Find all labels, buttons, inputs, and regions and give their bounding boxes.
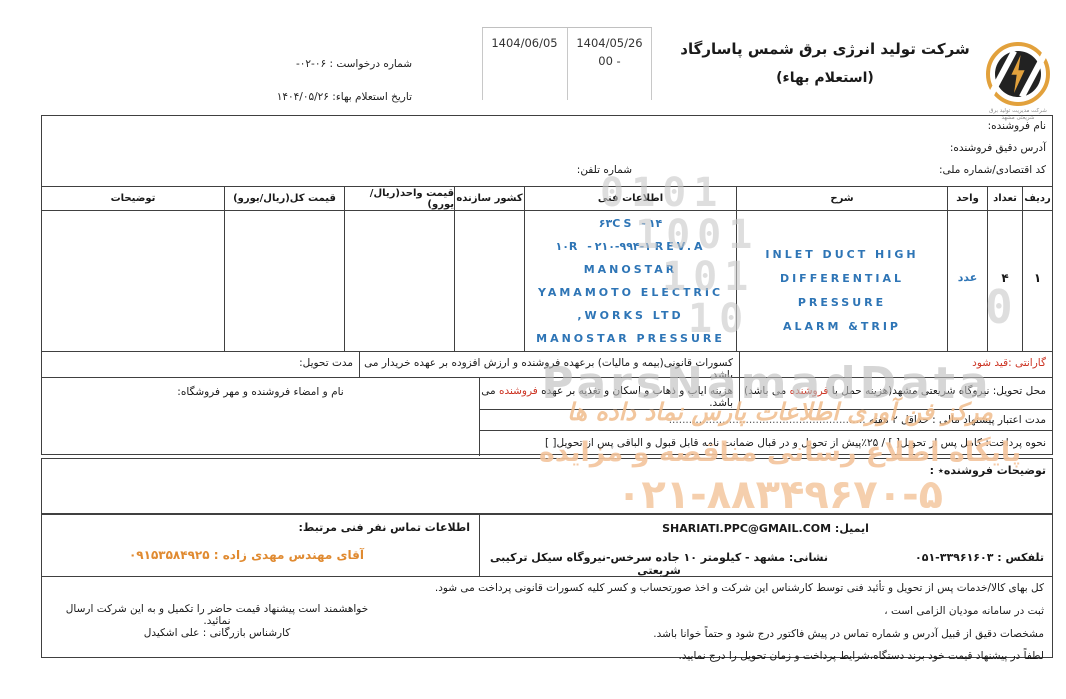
item-unit: عدد xyxy=(947,211,987,351)
col-header-notes: توضیحات xyxy=(42,187,224,210)
footer-note-moadian: ثبت در سامانه مودیان الزامی است ، xyxy=(884,605,1044,617)
seller-ecocode-label: کد اقتصادی/شماره ملی: xyxy=(939,164,1046,176)
main-table: نام فروشنده: آدرس دقیق فروشنده: کد اقتصا… xyxy=(41,115,1053,455)
col-header-unit: واحد xyxy=(947,187,987,210)
company-title: شرکت تولید انرژی برق شمس پاسارگاد xyxy=(665,40,985,58)
col-header-qty: تعداد xyxy=(987,187,1022,210)
company-logo xyxy=(986,42,1050,106)
item-row: ۱ ۴ عدد INLET DUCT HIGH DIFFERENTIAL PRE… xyxy=(42,210,1052,351)
email-value: SHARIATI.PPC@GMAIL.COM xyxy=(662,522,831,535)
item-description: INLET DUCT HIGH DIFFERENTIAL PRESSURE AL… xyxy=(736,211,947,351)
date-primary: 1404/05/26 xyxy=(567,36,652,50)
terms-row-payment: نحوه پرداخت: کامل پس از تحویل[ ] / ۲۵٪پی… xyxy=(479,430,1052,456)
item-notes xyxy=(42,211,224,351)
seller-signature-cell: نام و امضاء فروشنده و مهر فروشگاه: xyxy=(42,378,479,456)
company-subtitle: (استعلام بهاء) xyxy=(665,70,985,86)
seller-notes-label: توضیحات فروشنده٭ : xyxy=(930,464,1046,477)
item-total-price xyxy=(224,211,344,351)
date-primary-sub: 00 - xyxy=(567,54,652,68)
col-header-total-price: قیمت کل(ریال/یورو) xyxy=(224,187,344,210)
col-header-desc: شرح xyxy=(736,187,947,210)
table-header-row: ردیف تعداد واحد شرح اطلاعات فنی کشور ساز… xyxy=(42,186,1052,210)
item-country xyxy=(454,211,524,351)
col-header-country: کشور سازنده xyxy=(454,187,524,210)
tech-contact-value: آقای مهندس مهدی زاده : ۰۹۱۵۳۵۸۴۹۲۵ xyxy=(129,548,364,562)
contact-box: ایمیل: SHARIATI.PPC@GMAIL.COM تلفکس : ۰۵… xyxy=(41,514,1053,658)
legal-deductions-note: کسورات قانونی(بیمه و مالیات) برعهده فروش… xyxy=(359,352,739,377)
telefax-label: تلفکس : xyxy=(993,551,1044,564)
item-qty: ۴ xyxy=(987,211,1022,351)
terms-row-warranty: گارانتی :قید شود کسورات قانونی(بیمه و ما… xyxy=(42,351,1052,377)
seller-notes-box: توضیحات فروشنده٭ : xyxy=(41,458,1053,514)
item-radif: ۱ xyxy=(1022,211,1052,351)
date-secondary: 1404/06/05 xyxy=(482,36,567,50)
terms-row-delivery: محل تحویل: نیروگاه شریعتی مشهد(هزینه حمل… xyxy=(479,378,1052,409)
price-inquiry-document: شرکت مدیریت تولید برق شریعتی مشهد شرکت ت… xyxy=(0,0,1066,699)
delivery-place-note: محل تحویل: نیروگاه شریعتی مشهد(هزینه حمل… xyxy=(739,378,1052,409)
request-meta: شماره درخواست : ۰۶-۰۲- تاریخ استعلام بها… xyxy=(222,48,412,114)
footer-note-details: مشخصات دقیق از قبیل آدرس و شماره تماس در… xyxy=(653,628,1044,640)
email-label: ایمیل: xyxy=(835,522,869,535)
col-header-unit-price: قیمت واحد(ریال/یورو) xyxy=(344,187,454,210)
footer-note-payment-total: کل بهای کالا/خدمات پس از تحویل و تأئید ف… xyxy=(435,582,1044,594)
request-number: شماره درخواست : ۰۶-۰۲- xyxy=(222,48,412,81)
footer-note-brand: لطفاً در پیشنهاد قیمت خود برند دستگاه،شر… xyxy=(679,650,1044,662)
address-line: نشانی: مشهد - کیلومتر ۱۰ جاده سرخس-نیروگ… xyxy=(479,551,839,577)
date-box: 1404/06/05 1404/05/26 00 - xyxy=(482,27,652,100)
telefax-line: تلفکس : ۰۵۱-۳۳۹۶۱۶۰۳ xyxy=(915,551,1044,564)
address-label: نشانی: xyxy=(785,551,828,564)
warranty-note: گارانتی :قید شود xyxy=(739,352,1052,377)
seller-address-label: آدرس دقیق فروشنده: xyxy=(950,142,1046,154)
inquiry-date: تاریخ استعلام بهاء: ۱۴۰۴/۰۵/۲۶ xyxy=(222,81,412,114)
footer-note-commercial-expert: کارشناس بازرگانی : علی اشکیدل xyxy=(52,627,382,639)
terms-lower-rows: نام و امضاء فروشنده و مهر فروشگاه: محل ت… xyxy=(42,377,1052,456)
seller-name-label: نام فروشنده: xyxy=(988,120,1046,132)
terms-row-validity: مدت اعتبار پیشنهاد مالی : حداقل ۲ هفته .… xyxy=(479,409,1052,430)
item-unit-price xyxy=(344,211,454,351)
telefax-value: ۰۵۱-۳۳۹۶۱۶۰۳ xyxy=(915,551,993,564)
email-line: ایمیل: SHARIATI.PPC@GMAIL.COM xyxy=(479,522,1052,535)
seller-phone-label: شماره تلفن: xyxy=(577,164,632,176)
footer-note-send-offer: خواهشمند است پیشنهاد قیمت حاضر را تکمیل … xyxy=(52,603,382,627)
tech-contact-label: اطلاعات تماس نفر فنی مرتبط: xyxy=(299,521,470,534)
item-tech-info: ۶۳CS -۱۴ ۱۰R -۲۱۰-۹۹۴-۱ REV.A MANOSTAR Y… xyxy=(524,211,736,351)
col-header-radif: ردیف xyxy=(1022,187,1052,210)
address-value: مشهد - کیلومتر ۱۰ جاده سرخس-نیروگاه سیکل… xyxy=(490,551,785,577)
delivery-period-label: مدت تحویل: xyxy=(42,352,359,377)
travel-cost-note: هزینه ایاب و ذهاب و اسکان و تغذیه بر عهد… xyxy=(479,378,739,409)
col-header-tech: اطلاعات فنی xyxy=(524,187,736,210)
